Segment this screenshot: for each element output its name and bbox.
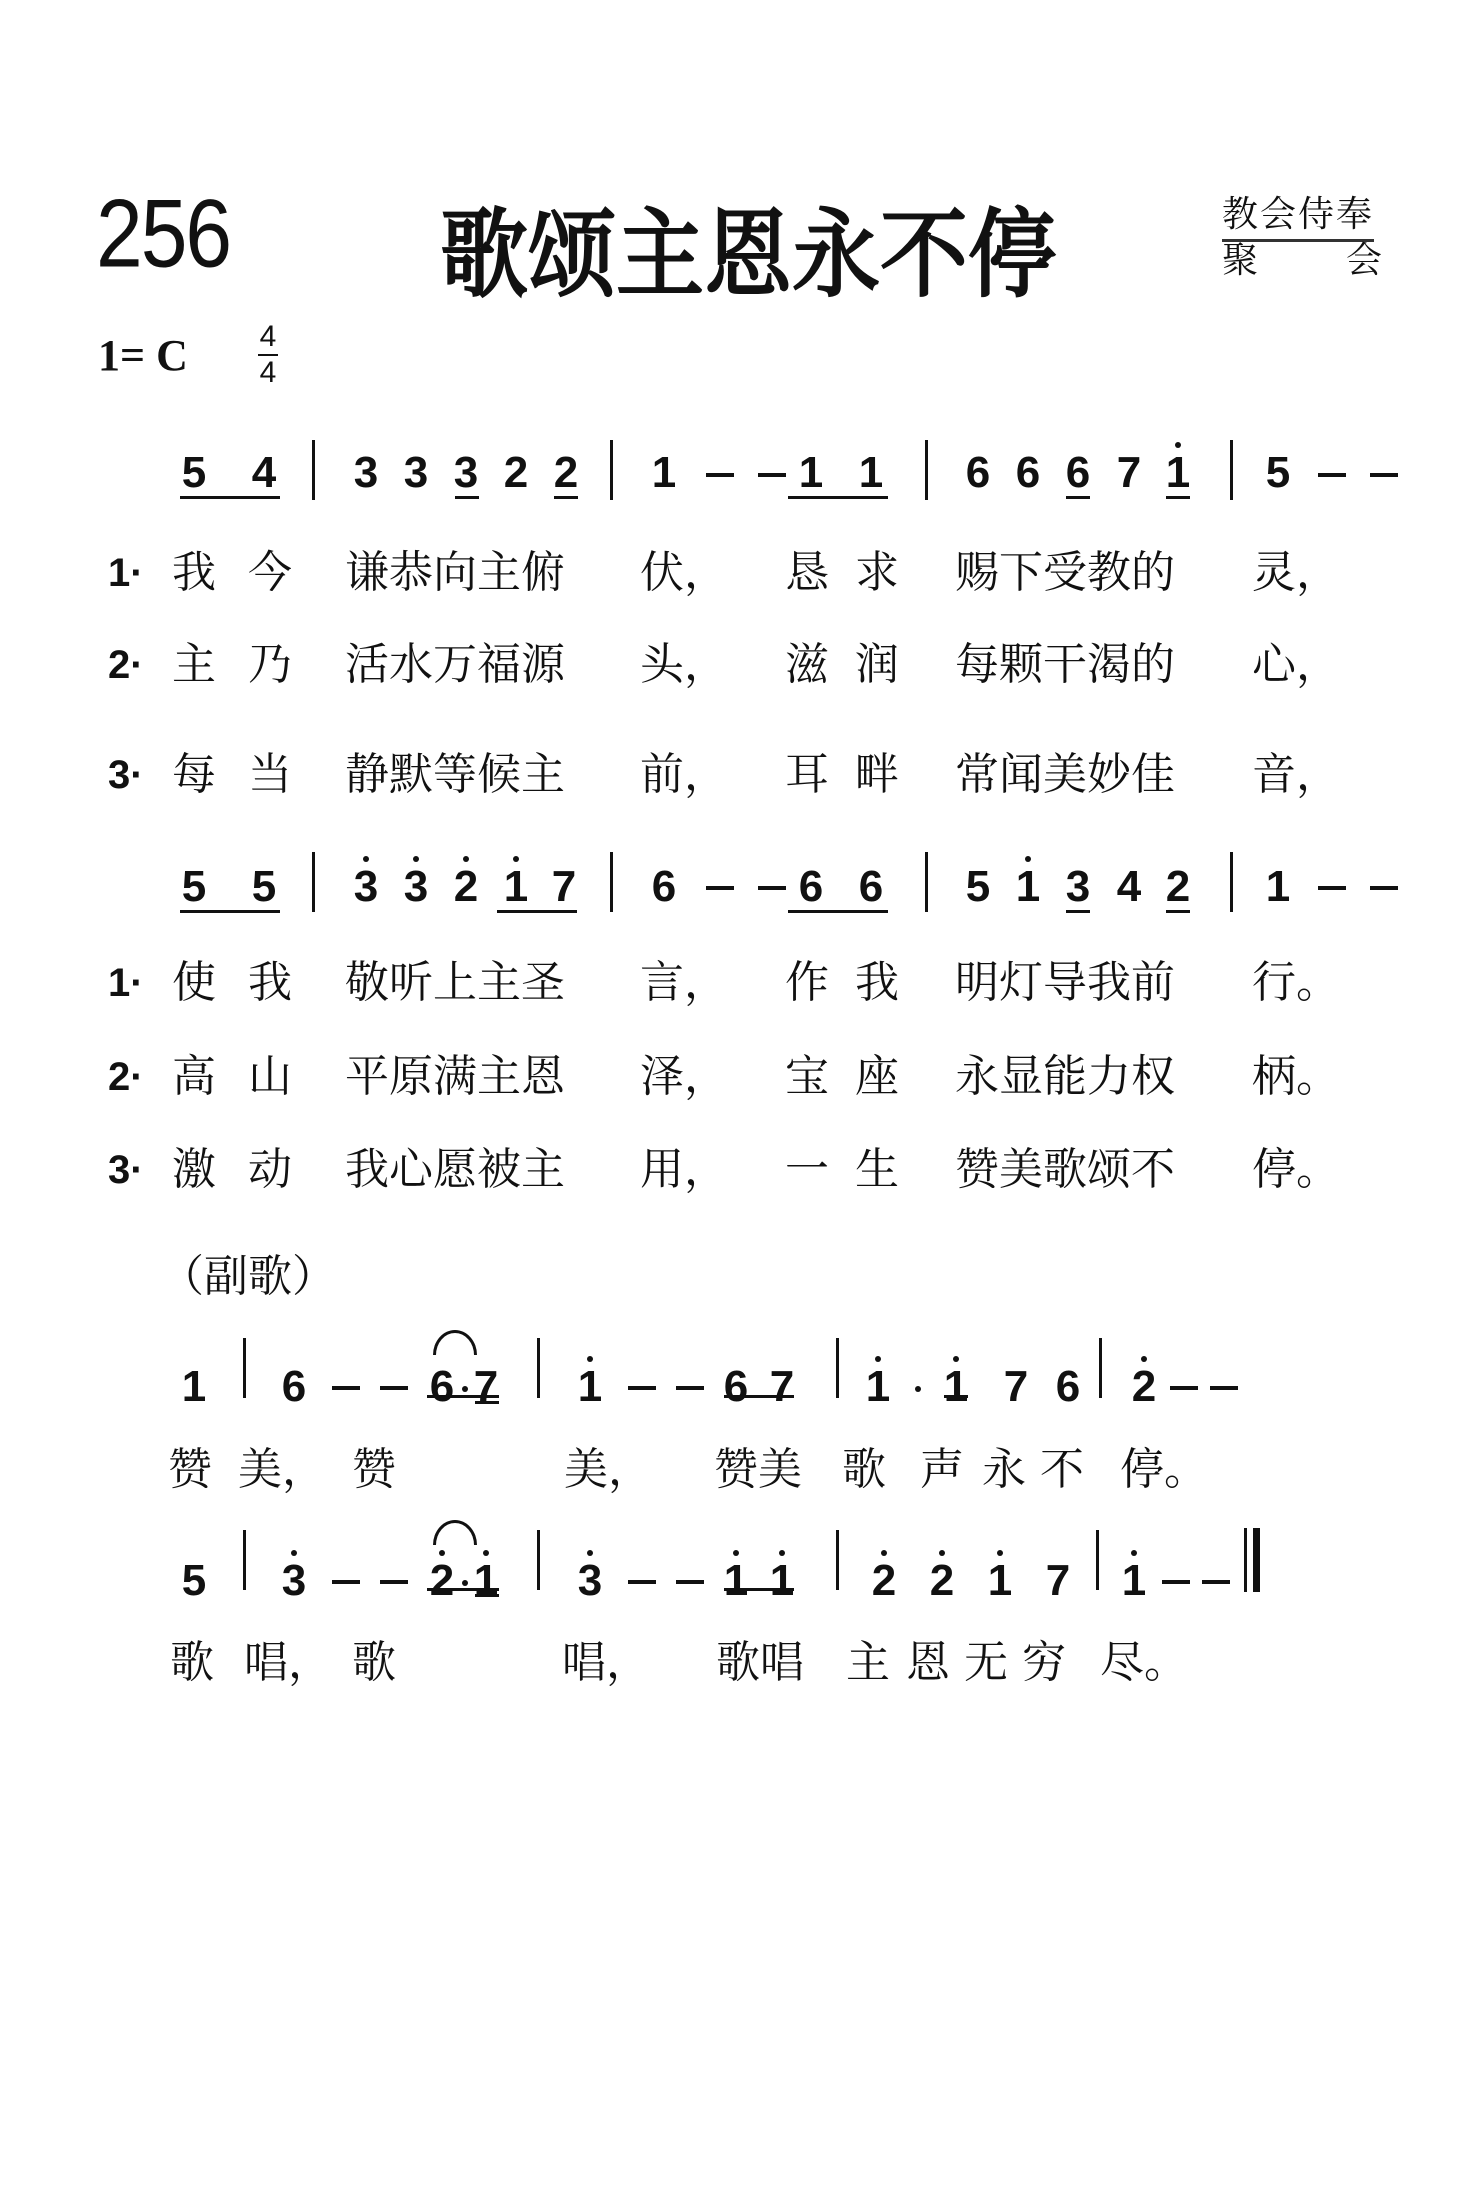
augmentation-dot — [915, 1386, 921, 1392]
hymn-title: 歌颂主恩永不停 — [440, 178, 1056, 317]
lyric-syllable: 音， — [1252, 750, 1340, 800]
note-high: 2 — [426, 1556, 458, 1606]
lyric-syllable: 穷 — [1022, 1638, 1066, 1688]
lyric-syllable: 耳 — [785, 750, 829, 800]
note: 1 — [178, 1362, 210, 1412]
lyric-syllable: 美， — [238, 1445, 326, 1495]
note: 3 — [400, 448, 432, 498]
lyric-phrase: 常闻美妙佳 — [955, 750, 1175, 800]
eighth-underline — [944, 1395, 968, 1398]
lyric-syllable: 停。 — [1120, 1445, 1208, 1495]
lyric-syllable: 当 — [248, 750, 292, 800]
lyric-syllable: 恳 — [785, 548, 829, 598]
note: 6 — [1012, 448, 1044, 498]
sixteenth-underline — [475, 1594, 499, 1597]
chorus-label: （副歌） — [160, 1252, 336, 1302]
dash — [332, 1386, 360, 1390]
lyric-syllable: 动 — [248, 1145, 292, 1195]
dash — [706, 473, 734, 477]
lyric-syllable: 今 — [248, 548, 292, 598]
bar-line — [1096, 1530, 1099, 1590]
lyric-syllable: 我 — [855, 958, 899, 1008]
bar-line — [836, 1530, 839, 1590]
dash — [1318, 473, 1346, 477]
note-high: 3 — [400, 862, 432, 912]
lyric-phrase: 赐下受教的 — [955, 548, 1175, 598]
note: 6 — [855, 862, 887, 912]
augmentation-dot — [462, 1580, 468, 1586]
note-high: 2 — [450, 862, 482, 912]
bar-line — [243, 1530, 246, 1590]
lyric-syllable: 我 — [248, 958, 292, 1008]
note: 6 — [962, 448, 994, 498]
note: 2 — [500, 448, 532, 498]
note-high: 1 — [500, 862, 532, 912]
note: 4 — [248, 448, 280, 498]
augmentation-dot — [462, 1386, 468, 1392]
note-high: 3 — [350, 862, 382, 912]
note: 6 — [426, 1362, 458, 1412]
lyric-syllable: 头， — [640, 640, 728, 690]
bar-line — [836, 1338, 839, 1398]
dash — [1210, 1386, 1238, 1390]
lyric-syllable: 使 — [172, 958, 216, 1008]
dash — [1170, 1386, 1198, 1390]
time-signature-top: 4 — [260, 322, 277, 352]
verse-number: 1· — [108, 958, 144, 1008]
note: 5 — [178, 862, 210, 912]
note-high: 1 — [574, 1362, 606, 1412]
time-signature: 4 4 — [258, 322, 278, 388]
dash — [1370, 473, 1398, 477]
final-double-bar — [1244, 1528, 1261, 1592]
note-high: 1 — [1118, 1556, 1150, 1606]
eighth-underline — [427, 1395, 499, 1398]
lyric-phrase: 我心愿被主 — [345, 1145, 565, 1195]
note: 5 — [178, 448, 210, 498]
dash — [1202, 1580, 1230, 1584]
note: 6 — [278, 1362, 310, 1412]
slur — [433, 1520, 477, 1545]
eighth-underline — [1066, 496, 1090, 499]
bar-line — [610, 440, 613, 500]
note-high: 1 — [1012, 862, 1044, 912]
verse-number: 2· — [108, 640, 144, 690]
bar-line — [925, 852, 928, 912]
note: 6 — [795, 862, 827, 912]
verse-number: 3· — [108, 1145, 144, 1195]
dash — [380, 1386, 408, 1390]
lyric-syllable: 求 — [855, 548, 899, 598]
lyric-syllable: 唱， — [562, 1638, 650, 1688]
lyric-syllable: 行。 — [1252, 958, 1340, 1008]
note: 7 — [766, 1362, 798, 1412]
eighth-underline — [180, 496, 280, 499]
dash — [676, 1386, 704, 1390]
lyric-phrase: 每颗干渴的 — [955, 640, 1175, 690]
bar-line — [537, 1530, 540, 1590]
dash — [1318, 886, 1346, 890]
time-signature-bottom: 4 — [260, 358, 277, 388]
dash — [758, 886, 786, 890]
lyric-syllable: 停。 — [1252, 1145, 1340, 1195]
lyric-syllable: 生 — [855, 1145, 899, 1195]
eighth-underline — [455, 496, 479, 499]
lyric-phrase: 敬听上主圣 — [345, 958, 565, 1008]
verse-number: 1· — [108, 548, 144, 598]
note: 7 — [1042, 1556, 1074, 1606]
lyric-phrase: 明灯导我前 — [955, 958, 1175, 1008]
bar-line — [1230, 852, 1233, 912]
note-high: 3 — [574, 1556, 606, 1606]
note: 6 — [1052, 1362, 1084, 1412]
note: 6 — [1062, 448, 1094, 498]
note-high: 2 — [926, 1556, 958, 1606]
note-high: 3 — [278, 1556, 310, 1606]
lyric-syllable: 乃 — [248, 640, 292, 690]
lyric-syllable: 美， — [564, 1445, 652, 1495]
lyric-syllable: 赞 — [168, 1445, 212, 1495]
note-high: 1 — [720, 1556, 752, 1606]
lyric-syllable: 无 — [964, 1638, 1008, 1688]
note: 5 — [1262, 448, 1294, 498]
lyric-syllable: 前， — [640, 750, 728, 800]
eighth-underline — [180, 910, 280, 913]
dash — [1162, 1580, 1190, 1584]
lyric-syllable: 歌 — [170, 1638, 214, 1688]
verse-number: 2· — [108, 1052, 144, 1102]
lyric-syllable: 赞 — [352, 1445, 396, 1495]
eighth-underline — [554, 496, 578, 499]
eighth-underline — [1166, 910, 1190, 913]
lyric-syllable: 山 — [248, 1052, 292, 1102]
note: 7 — [548, 862, 580, 912]
lyric-syllable: 座 — [855, 1052, 899, 1102]
note: 7 — [1113, 448, 1145, 498]
lyric-phrase: 歌唱 — [716, 1638, 804, 1688]
bar-line — [1230, 440, 1233, 500]
dash — [758, 473, 786, 477]
note-high: 2 — [868, 1556, 900, 1606]
dash — [332, 1580, 360, 1584]
bar-line — [312, 852, 315, 912]
category-sub-right: 会 — [1346, 232, 1382, 283]
eighth-underline — [1166, 496, 1190, 499]
lyric-syllable: 用， — [640, 1145, 728, 1195]
lyric-syllable: 泽， — [640, 1052, 728, 1102]
bar-line — [312, 440, 315, 500]
lyric-syllable: 润 — [855, 640, 899, 690]
bar-line — [537, 1338, 540, 1398]
lyric-syllable: 主 — [172, 640, 216, 690]
lyric-syllable: 心， — [1252, 640, 1340, 690]
note: 2 — [1162, 862, 1194, 912]
note-high: 1 — [766, 1556, 798, 1606]
note: 1 — [795, 448, 827, 498]
lyric-syllable: 我 — [172, 548, 216, 598]
note-high: 1 — [1162, 448, 1194, 498]
lyric-syllable: 畔 — [855, 750, 899, 800]
lyric-phrase: 静默等候主 — [345, 750, 565, 800]
lyric-syllable: 言， — [640, 958, 728, 1008]
lyric-syllable: 每 — [172, 750, 216, 800]
dash — [628, 1386, 656, 1390]
note-high: 1 — [940, 1362, 972, 1412]
lyric-syllable: 歌 — [842, 1445, 886, 1495]
lyric-phrase: 赞美 — [714, 1445, 802, 1495]
eighth-underline — [788, 910, 888, 913]
lyric-syllable: 柄。 — [1252, 1052, 1340, 1102]
lyric-phrase: 活水万福源 — [345, 640, 565, 690]
note: 5 — [962, 862, 994, 912]
slur — [433, 1330, 477, 1355]
lyric-syllable: 声 — [920, 1445, 964, 1495]
key-signature: 1= C — [98, 330, 188, 381]
lyric-syllable: 永 — [982, 1445, 1026, 1495]
lyric-phrase: 平原满主恩 — [345, 1052, 565, 1102]
eighth-underline — [497, 910, 577, 913]
note: 6 — [720, 1362, 752, 1412]
dash — [706, 886, 734, 890]
lyric-phrase: 永显能力权 — [955, 1052, 1175, 1102]
lyric-phrase: 赞美歌颂不 — [955, 1145, 1175, 1195]
lyric-phrase: 谦恭向主俯 — [345, 548, 565, 598]
eighth-underline — [1066, 910, 1090, 913]
lyric-syllable: 尽。 — [1100, 1638, 1188, 1688]
lyric-syllable: 不 — [1040, 1445, 1084, 1495]
bar-line — [925, 440, 928, 500]
bar-line — [243, 1338, 246, 1398]
eighth-underline — [788, 496, 888, 499]
note-high: 1 — [862, 1362, 894, 1412]
lyric-syllable: 歌 — [352, 1638, 396, 1688]
bar-line — [610, 852, 613, 912]
category-sub-left: 聚 — [1222, 232, 1258, 283]
lyric-syllable: 高 — [172, 1052, 216, 1102]
lyric-syllable: 作 — [785, 958, 829, 1008]
lyric-syllable: 激 — [172, 1145, 216, 1195]
note: 3 — [350, 448, 382, 498]
eighth-underline — [427, 1588, 499, 1591]
note: 3 — [450, 448, 482, 498]
note: 6 — [648, 862, 680, 912]
note: 5 — [248, 862, 280, 912]
eighth-underline — [724, 1395, 794, 1398]
note-high: 1 — [984, 1556, 1016, 1606]
note: 7 — [470, 1362, 502, 1412]
note-high: 2 — [1128, 1362, 1160, 1412]
dash — [676, 1580, 704, 1584]
hymn-number: 256 — [96, 178, 230, 290]
lyric-syllable: 唱， — [244, 1638, 332, 1688]
lyric-syllable: 主 — [846, 1638, 890, 1688]
note-high: 1 — [470, 1556, 502, 1606]
bar-line — [1099, 1338, 1102, 1398]
lyric-syllable: 宝 — [785, 1052, 829, 1102]
lyric-syllable: 滋 — [785, 640, 829, 690]
lyric-syllable: 恩 — [906, 1638, 950, 1688]
note: 2 — [550, 448, 582, 498]
verse-number: 3· — [108, 750, 144, 800]
note: 1 — [1262, 862, 1294, 912]
sixteenth-underline — [475, 1401, 499, 1404]
eighth-underline — [724, 1588, 794, 1591]
note: 7 — [1000, 1362, 1032, 1412]
note: 5 — [178, 1556, 210, 1606]
note: 3 — [1062, 862, 1094, 912]
note: 4 — [1113, 862, 1145, 912]
dash — [628, 1580, 656, 1584]
note: 1 — [648, 448, 680, 498]
lyric-syllable: 灵， — [1252, 548, 1340, 598]
note: 1 — [855, 448, 887, 498]
dash — [1370, 886, 1398, 890]
lyric-syllable: 一 — [785, 1145, 829, 1195]
dash — [380, 1580, 408, 1584]
lyric-syllable: 伏， — [640, 548, 728, 598]
